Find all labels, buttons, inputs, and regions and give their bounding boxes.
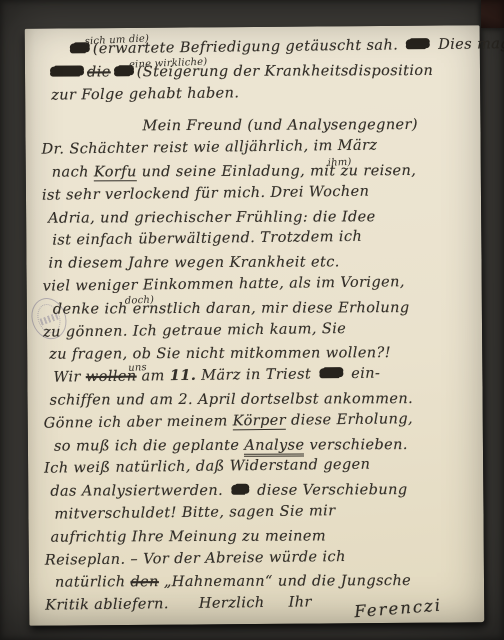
word-gap bbox=[169, 607, 199, 608]
text-segment: denke ich bbox=[53, 301, 133, 317]
text-segment: schiffen und am 2. April dortselbst anko… bbox=[50, 391, 414, 409]
text-segment: aufrichtig Ihre Meinung zu meinem bbox=[51, 528, 326, 545]
text-segment: Ihr bbox=[288, 595, 311, 611]
word-gap bbox=[265, 606, 289, 607]
text-segment: nach bbox=[52, 164, 94, 180]
text-segment: Wir bbox=[53, 369, 86, 385]
scribbled-out-word bbox=[406, 39, 430, 48]
manuscript-scan: sich um die)(erwartete Befriedigung getä… bbox=[0, 0, 504, 640]
scribbled-out-word bbox=[319, 368, 343, 377]
text-segment: Korfu bbox=[94, 164, 137, 181]
text-segment: und seine Einladung, mit bbox=[137, 163, 336, 180]
text-segment: März in Triest bbox=[196, 367, 316, 384]
letter-line: Reiseplan. – Vor der Abreise würde ich bbox=[45, 544, 480, 572]
text-segment: „Hahnemann“ und die Jungsche bbox=[159, 573, 411, 590]
letter-line: zur Folge gehabt haben. bbox=[51, 79, 476, 107]
text-segment: so muß ich die geplante bbox=[54, 437, 244, 454]
inserted-word-text: uns bbox=[128, 357, 148, 381]
letter-line: mitverschuldet! Bitte, sagen Sie mir bbox=[54, 498, 479, 526]
inserted-word-text: doch) bbox=[124, 289, 154, 313]
text-segment: viel weniger Einkommen hatte, als im Vor… bbox=[43, 274, 405, 294]
letter-line: ist einfach überwältigend. Trotzdem ich bbox=[52, 225, 477, 253]
letter-line: Ich weiß natürlich, daß Widerstand gegen bbox=[44, 453, 479, 481]
text-segment: zur Folge gehabt haben. bbox=[51, 85, 239, 103]
letter-page: sich um die)(erwartete Befriedigung getä… bbox=[25, 25, 485, 626]
letter-line: Gönne ich aber meinem Körper diese Erhol… bbox=[44, 407, 479, 435]
text-segment: 11. bbox=[170, 367, 197, 384]
letter-line: ist sehr verlockend für mich. Drei Woche… bbox=[42, 179, 477, 207]
text-segment: in diesem Jahre wegen Krankheit etc. bbox=[48, 255, 339, 272]
scribbled-out-word bbox=[231, 485, 249, 494]
text-segment: Adria, und griechischer Frühling: die Id… bbox=[48, 209, 376, 226]
text-segment: Dies mag bbox=[433, 36, 504, 53]
corner-red-label-icon bbox=[481, 0, 504, 28]
text-segment: ernstlich daran, mir diese Erholung bbox=[133, 300, 410, 317]
text-segment: Gönne ich aber meinem bbox=[44, 413, 233, 431]
text-segment: Analyse bbox=[244, 437, 304, 456]
text-segment: diese Erholung, bbox=[286, 411, 413, 429]
text-segment: diese Verschiebung bbox=[252, 482, 407, 499]
text-segment: ist sehr verlockend für mich. Drei Woche… bbox=[42, 183, 370, 203]
letter-line: Wir wollenuns am 11. März in Triest ein- bbox=[53, 362, 478, 390]
text-segment: ist einfach überwältigend. Trotzdem ich bbox=[52, 229, 362, 249]
text-segment: Mein Freund (und Analysengegner) bbox=[142, 117, 418, 134]
text-segment: ein- bbox=[346, 366, 380, 382]
text-segment: mitverschuldet! Bitte, sagen Sie mir bbox=[54, 503, 335, 522]
text-segment: Körper bbox=[233, 412, 287, 430]
text-segment: Kritik abliefern. bbox=[45, 596, 169, 614]
letter-line: zu gönnen. Ich getraue mich kaum, Sie bbox=[43, 316, 478, 344]
text-segment: natürlich bbox=[55, 575, 131, 591]
text-segment: das Analysiertwerden. bbox=[50, 483, 228, 500]
inserted-word-text: ihm) bbox=[327, 152, 352, 176]
scribbled-out-word bbox=[50, 66, 84, 75]
inserted-word-text: sich um die) bbox=[84, 28, 149, 54]
letter-body: sich um die)(erwartete Befriedigung getä… bbox=[41, 35, 481, 617]
text-segment: den bbox=[130, 574, 158, 590]
text-segment: zu fragen, ob Sie nicht mitkommen wollen… bbox=[49, 345, 391, 362]
text-segment: Reiseplan. – Vor der Abreise würde ich bbox=[45, 549, 346, 569]
text-segment: zu gönnen. Ich getraue mich kaum, Sie bbox=[43, 321, 346, 341]
letter-line: Dr. Schächter reist wie alljährlich, im … bbox=[41, 134, 476, 162]
text-segment: die bbox=[87, 64, 111, 80]
text-segment: Herzlich bbox=[199, 595, 265, 612]
text-segment: verschieben. bbox=[304, 437, 408, 453]
letter-line: viel weniger Einkommen hatte, als im Vor… bbox=[43, 270, 478, 298]
inserted-word-text: eine wirkliche) bbox=[128, 51, 207, 77]
text-segment: Ich weiß natürlich, daß Widerstand gegen bbox=[44, 457, 370, 477]
